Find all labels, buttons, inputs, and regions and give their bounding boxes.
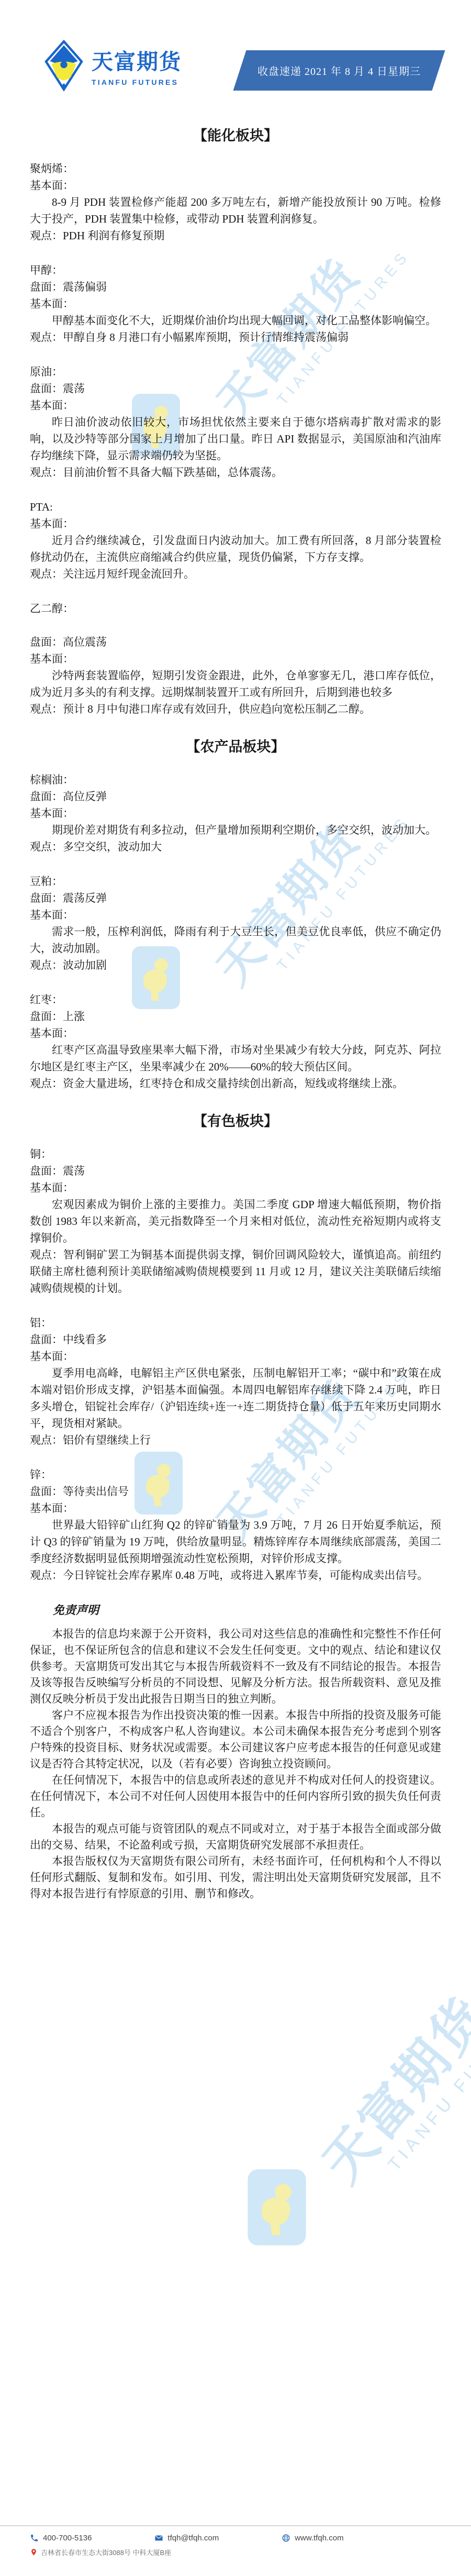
view-line: 观点：PDH 利润有修复预期 (30, 227, 441, 244)
commodity-item: 棕榈油：盘面：高位反弹基本面：期现价差对期货有利多拉动，但产量增加预期利空期价，… (30, 771, 441, 855)
fundamental-label: 基本面： (30, 906, 441, 923)
commodity-item: PTA:基本面：近月合约继续减仓，引发盘面日内波动加大。加工费有所回落，8 月部… (30, 499, 441, 582)
commodity-name: 铜： (30, 1146, 441, 1163)
commodity-name: PTA: (30, 499, 441, 515)
pan-line: 盘面：高位震荡 (30, 634, 441, 650)
commodity-name: 锌： (30, 1466, 441, 1483)
fundamental-text: 夏季用电高峰，电解铝主产区供电紧张，压制电解铝开工率；“碳中和”政策在成本端对铝… (30, 1365, 441, 1432)
view-line: 观点：多空交织，波动加大 (30, 838, 441, 855)
fundamental-text: 宏观因素成为铜价上涨的主要推力。美国二季度 GDP 增速大幅低预期，物价指数创 … (30, 1196, 441, 1246)
pan-line: 盘面：震荡偏弱 (30, 279, 441, 295)
logo-text: 天富期货 TIANFU FUTURES (92, 45, 182, 86)
email-contact[interactable]: tfqh@tfqh.com (154, 2534, 219, 2542)
section-title: 【能化板块】 (30, 124, 441, 145)
phone-icon (30, 2534, 39, 2542)
disclaimer-paragraph: 客户不应视本报告为作出投资决策的惟一因素。本报告中所指的投资及服务可能不适合个别… (30, 1707, 441, 1772)
fundamental-label: 基本面： (30, 650, 441, 667)
fundamental-label: 基本面： (30, 515, 441, 532)
disclaimer-paragraph: 本报告的观点可能与资管团队的观点不同或对立，对于基于本报告全面或部分做出的交易、… (30, 1821, 441, 1853)
commodity-name: 甲醇： (30, 262, 441, 279)
pan-line: 盘面：震荡反弹 (30, 890, 441, 906)
view-line: 观点：波动加剧 (30, 957, 441, 974)
footer-divider (0, 2525, 471, 2526)
commodity-item: 甲醇：盘面：震荡偏弱基本面：甲醇基本面变化不大，近期煤价油价均出现大幅回调，对化… (30, 262, 441, 346)
fundamental-text: 8-9 月 PDH 装置检修产能超 200 多万吨左右，新增产能投放预计 90 … (30, 194, 441, 227)
report-body: 【能化板块】聚炳烯：基本面：8-9 月 PDH 装置检修产能超 200 多万吨左… (0, 108, 471, 1584)
commodity-name: 豆粕： (30, 873, 441, 890)
globe-icon (282, 2534, 290, 2542)
commodity-item: 铝：盘面：中线看多基本面：夏季用电高峰，电解铝主产区供电紧张，压制电解铝开工率；… (30, 1314, 441, 1449)
email-icon (154, 2534, 163, 2542)
commodity-name: 铝： (30, 1314, 441, 1331)
fundamental-label: 基本面： (30, 177, 441, 194)
fundamental-label: 基本面： (30, 1500, 441, 1517)
commodity-item: 乙二醇：盘面：高位震荡基本面：沙特两套装置临停，短期引发资金跟进，此外，仓单寥寥… (30, 600, 441, 717)
location-pin-icon (30, 2548, 38, 2556)
view-line: 观点：关注远月短纤现金流回升。 (30, 566, 441, 582)
fundamental-label: 基本面： (30, 1348, 441, 1365)
report-header: 天富期货 TIANFU FUTURES 收盘速递 2021 年 8 月 4 日星… (0, 0, 471, 108)
fundamental-label: 基本面： (30, 397, 441, 414)
watermark-company-name-en: TIANFU FUTURES (384, 1994, 471, 2175)
watermark-logo-text: 天富期货TIANFU FUTURES (314, 1958, 471, 2207)
pan-line: 盘面：中线看多 (30, 1331, 441, 1348)
commodity-name: 乙二醇： (30, 600, 441, 617)
blank-line (30, 617, 441, 634)
banner-text: 收盘速递 2021 年 8 月 4 日星期三 (257, 63, 421, 78)
view-line: 观点：资金大量进场，红枣持仓和成交量持续创出新高，短线或将继续上涨。 (30, 1075, 441, 1092)
pan-line: 盘面：高位反弹 (30, 788, 441, 805)
company-logo: 天富期货 TIANFU FUTURES (44, 40, 182, 91)
address-text: 吉林省长春市生态大街3088号 中科大厦B座 (41, 2547, 171, 2557)
logo-diamond-icon (44, 40, 83, 91)
fundamental-text: 期现价差对期货有利多拉动，但产量增加预期利空期价，多空交织，波动加大。 (30, 822, 441, 838)
commodity-item: 原油：盘面：震荡基本面：昨日油价波动依旧较大，市场担忧依然主要来自于德尔塔病毒扩… (30, 363, 441, 481)
email-address: tfqh@tfqh.com (167, 2534, 219, 2542)
phone-contact: 400-700-5136 (30, 2534, 92, 2542)
pan-line: 盘面：等待卖出信号 (30, 1483, 441, 1500)
disclaimer-paragraph: 本报告的信息均来源于公开资料，我公司对这些信息的准确性和完整性不作任何保证，也不… (30, 1626, 441, 1707)
fundamental-text: 世界最大铅锌矿山红狗 Q2 的锌矿销量为 3.9 万吨，7 月 26 日开始夏季… (30, 1517, 441, 1567)
commodity-name: 原油： (30, 363, 441, 380)
commodity-item: 红枣：盘面：上涨基本面：红枣产区高温导致座果率大幅下滑，市场对坐果减少有较大分歧… (30, 991, 441, 1092)
phone-number: 400-700-5136 (43, 2534, 92, 2542)
website-contact[interactable]: www.tfqh.com (282, 2534, 343, 2542)
section-title: 【有色板块】 (30, 1110, 441, 1130)
commodity-name: 棕榈油： (30, 771, 441, 788)
view-line: 观点：今日锌锭社会库存累库 0.48 万吨，或将进入累库节奏，可能构成卖出信号。 (30, 1567, 441, 1584)
commodity-item: 豆粕：盘面：震荡反弹基本面：需求一般，压榨利润低，降雨有利于大豆生长，但美豆优良… (30, 873, 441, 974)
logo-company-name-en: TIANFU FUTURES (92, 78, 182, 86)
view-line: 观点：预计 8 月中旬港口库存或有效回升，供应趋向宽松压制乙二醇。 (30, 701, 441, 717)
commodity-item: 聚炳烯：基本面：8-9 月 PDH 装置检修产能超 200 多万吨左右，新增产能… (30, 160, 441, 244)
disclaimer-paragraph: 在任何情况下，本报告中的信息或所表述的意见并不构成对任何人的投资建议。在任何情况… (30, 1772, 441, 1821)
logo-company-name: 天富期货 (92, 45, 182, 75)
commodity-item: 铜：盘面：震荡基本面：宏观因素成为铜价上涨的主要推力。美国二季度 GDP 增速大… (30, 1146, 441, 1297)
watermark-emblem-icon (246, 2168, 308, 2247)
address: 吉林省长春市生态大街3088号 中科大厦B座 (0, 2542, 471, 2557)
fundamental-text: 需求一般，压榨利润低，降雨有利于大豆生长，但美豆优良率低，供应不确定仍大，波动加… (30, 923, 441, 957)
commodity-name: 红枣： (30, 991, 441, 1008)
view-line: 观点：铝价有望继续上行 (30, 1432, 441, 1449)
fundamental-text: 沙特两套装置临停，短期引发资金跟进，此外，仓单寥寥无几，港口库存低位，成为近月多… (30, 667, 441, 701)
fundamental-label: 基本面： (30, 1179, 441, 1196)
date-banner: 收盘速递 2021 年 8 月 4 日星期三 (233, 50, 445, 91)
view-line: 观点：智利铜矿罢工为铜基本面提供弱支撑，铜价回调风险较大，谨慎追高。前纽约联储主… (30, 1246, 441, 1297)
commodity-name: 聚炳烯： (30, 160, 441, 177)
page-footer: 400-700-5136 tfqh@tfqh.com www.tfqh.com … (0, 2525, 471, 2557)
pan-line: 盘面：震荡 (30, 380, 441, 397)
commodity-item: 锌：盘面：等待卖出信号基本面：世界最大铅锌矿山红狗 Q2 的锌矿销量为 3.9 … (30, 1466, 441, 1584)
pan-line: 盘面：震荡 (30, 1163, 441, 1179)
disclaimer-paragraph: 本报告版权仅为天富期货有限公司所有，未经书面许可，任何机构和个人不得以任何形式翻… (30, 1853, 441, 1902)
disclaimer-title: 免责声明 (30, 1601, 441, 1618)
fundamental-text: 甲醇基本面变化不大，近期煤价油价均出现大幅回调，对化工品整体影响偏空。 (30, 312, 441, 329)
section-title: 【农产品板块】 (30, 735, 441, 756)
fundamental-label: 基本面： (30, 295, 441, 312)
pan-line: 盘面：上涨 (30, 1008, 441, 1025)
view-line: 观点：甲醇自身 8 月港口有小幅累库预期，预计行情维持震荡偏弱 (30, 329, 441, 346)
fundamental-label: 基本面： (30, 1025, 441, 1042)
watermark-company-name: 天富期货 (314, 1958, 471, 2191)
fundamental-text: 近月合约继续减仓，引发盘面日内波动加大。加工费有所回落，8 月部分装置检修扰动仍… (30, 532, 441, 566)
fundamental-label: 基本面： (30, 805, 441, 822)
contact-row: 400-700-5136 tfqh@tfqh.com www.tfqh.com (0, 2534, 471, 2542)
disclaimer-paragraphs: 本报告的信息均来源于公开资料，我公司对这些信息的准确性和完整性不作任何保证，也不… (30, 1626, 441, 1902)
fundamental-text: 昨日油价波动依旧较大，市场担忧依然主要来自于德尔塔病毒扩散对需求的影响，以及沙特… (30, 414, 441, 464)
website-url: www.tfqh.com (295, 2534, 343, 2542)
report-page: 天富期货TIANFU FUTURES天富期货TIANFU FUTURES天富期货… (0, 0, 471, 2576)
fundamental-text: 红枣产区高温导致座果率大幅下滑，市场对坐果减少有较大分歧，阿克苏、阿拉尔地区是红… (30, 1042, 441, 1075)
disclaimer-section: 免责声明 本报告的信息均来源于公开资料，我公司对这些信息的准确性和完整性不作任何… (0, 1601, 471, 1902)
view-line: 观点：目前油价暂不具备大幅下跌基础，总体震荡。 (30, 464, 441, 481)
